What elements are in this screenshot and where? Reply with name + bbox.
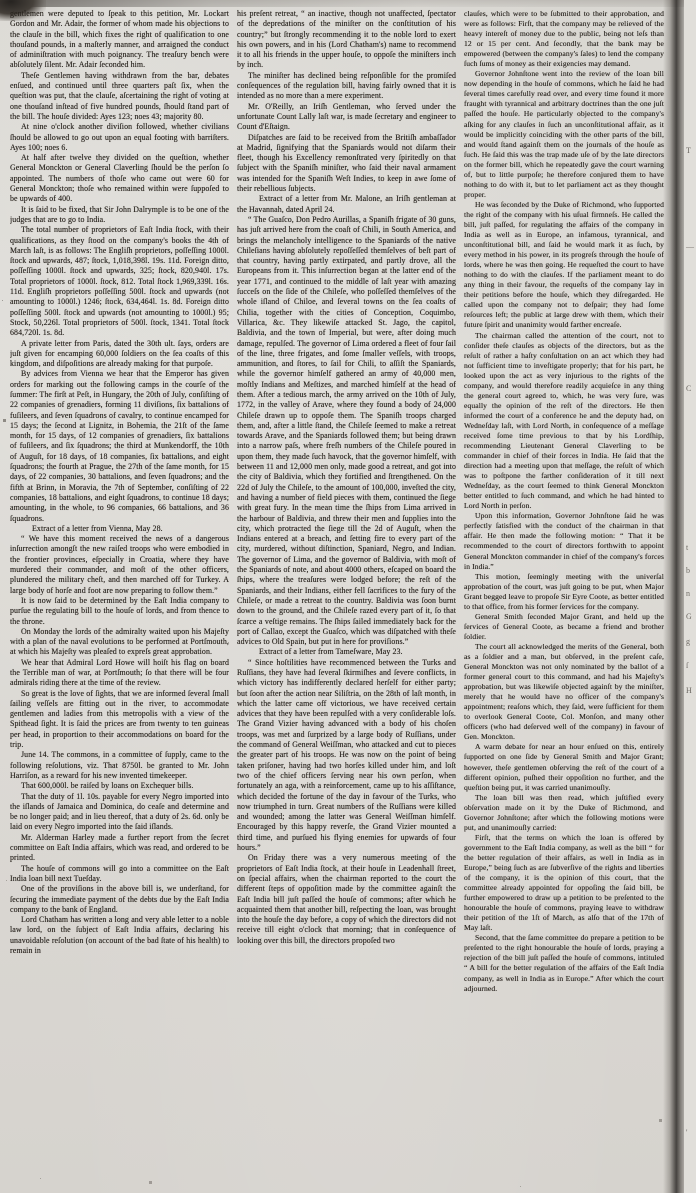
- paragraph: A private letter from Paris, dated the 3…: [10, 339, 229, 370]
- paragraph: his preſent retreat, “ an inactive, thou…: [237, 9, 456, 71]
- paragraph: At nine o'clock another diviſion followe…: [10, 122, 229, 153]
- text-column-right: clauſes, which were to be ſubmitted to t…: [464, 9, 664, 1171]
- paragraph: Extract of a letter from Mr. Malone, an …: [237, 194, 456, 215]
- paragraph: One of the proviſions in the above bill …: [10, 884, 229, 915]
- paragraph: Lord Chatham has written a long and very…: [10, 915, 229, 956]
- text-column-middle: his preſent retreat, “ an inactive, thou…: [237, 9, 456, 1171]
- text-columns: gentlemen were deputed to ſpeak to this …: [10, 9, 664, 1171]
- paragraph: The houſe of commons will go into a comm…: [10, 864, 229, 885]
- adjacent-page-edge: T—CtbnGgſH': [684, 0, 696, 1193]
- paragraph: Second, that the ſame committee do prepa…: [464, 933, 664, 993]
- paragraph: Mr. Alderman Harley made a further repor…: [10, 833, 229, 864]
- paragraph: A warm debate for near an hour enſued on…: [464, 742, 664, 792]
- paragraph: The court all acknowledged the merits of…: [464, 642, 664, 742]
- paragraph: Upon this information, Governor Johnſton…: [464, 511, 664, 571]
- paragraph: gentlemen were deputed to ſpeak to this …: [10, 9, 229, 71]
- scan-speckle-artifacts: [0, 0, 1, 1]
- cut-off-text-fragment: n: [686, 589, 690, 598]
- paragraph: This motion, ſeemingly meeting with the …: [464, 572, 664, 612]
- paragraph: “ We have this moment received the news …: [10, 534, 229, 596]
- cut-off-text-fragment: T: [686, 146, 691, 155]
- cut-off-text-fragment: t: [686, 543, 688, 552]
- scan-top-edge-shadow: [0, 0, 696, 7]
- paragraph: The miniſter has declined being reſponſi…: [237, 71, 456, 102]
- paragraph: On Friday there was a very numerous meet…: [237, 853, 456, 946]
- cut-off-text-fragment: ſ: [686, 661, 688, 670]
- cut-off-text-fragment: H: [686, 686, 692, 695]
- paragraph: We hear that Admiral Lord Howe will hoiſ…: [10, 658, 229, 689]
- paragraph: “ Since hoſtilities have recommenced bet…: [237, 658, 456, 854]
- paragraph: It is ſaid to be fixed, that Sir John Da…: [10, 205, 229, 226]
- cut-off-text-fragment: G: [686, 612, 692, 621]
- paragraph: Extract of a letter from Vienna, May 28.: [10, 524, 229, 534]
- cut-off-text-fragment: ': [686, 1128, 687, 1137]
- cut-off-text-fragment: C: [686, 384, 691, 393]
- cut-off-text-fragment: —: [686, 242, 694, 251]
- paragraph: On Monday the lords of the admiralty wai…: [10, 627, 229, 658]
- paragraph: The loan bill was then read, which juſti…: [464, 793, 664, 833]
- cut-off-text-fragment: b: [686, 566, 690, 575]
- paragraph: Extract of a letter from Tameſware, May …: [237, 647, 456, 657]
- paragraph: General Smith ſeconded Major Grant, and …: [464, 612, 664, 642]
- paragraph: “ The Guaſco, Don Pedro Aurillas, a Span…: [237, 215, 456, 647]
- cut-off-text-fragment: g: [686, 637, 690, 646]
- paragraph: It is now ſaid to be determined by the E…: [10, 596, 229, 627]
- paragraph: The total number of proprietors of Eaſt …: [10, 225, 229, 338]
- paragraph: That 600,000l. be raiſed by loans on Exc…: [10, 781, 229, 791]
- paragraph: clauſes, which were to be ſubmitted to t…: [464, 9, 664, 69]
- paragraph: Theſe Gentlemen having withdrawn from th…: [10, 71, 229, 122]
- paragraph: At half after twelve they divided on the…: [10, 153, 229, 204]
- text-column-left: gentlemen were deputed to ſpeak to this …: [10, 9, 229, 1171]
- newspaper-page-scan: gentlemen were deputed to ſpeak to this …: [0, 0, 696, 1193]
- paragraph: Governor Johnſtone went into the review …: [464, 69, 664, 200]
- paragraph: Diſpatches are ſaid to be received from …: [237, 133, 456, 195]
- paragraph: Mr. O'Reilly, an Iriſh Gentleman, who ſe…: [237, 102, 456, 133]
- paragraph: So great is the love of ſights, that we …: [10, 689, 229, 751]
- paragraph: June 14. The commons, in a committee of …: [10, 750, 229, 781]
- page-gutter-shadow: [663, 0, 686, 1193]
- paragraph: Firſt, that the terms on which the loan …: [464, 833, 664, 933]
- paragraph: By advices from Vienna we hear that the …: [10, 369, 229, 523]
- paragraph: He was ſeconded by the Duke of Richmond,…: [464, 200, 664, 331]
- paragraph: That the duty of 1l. 10s. payable for ev…: [10, 792, 229, 833]
- paragraph: The chairman called the attention of the…: [464, 331, 664, 512]
